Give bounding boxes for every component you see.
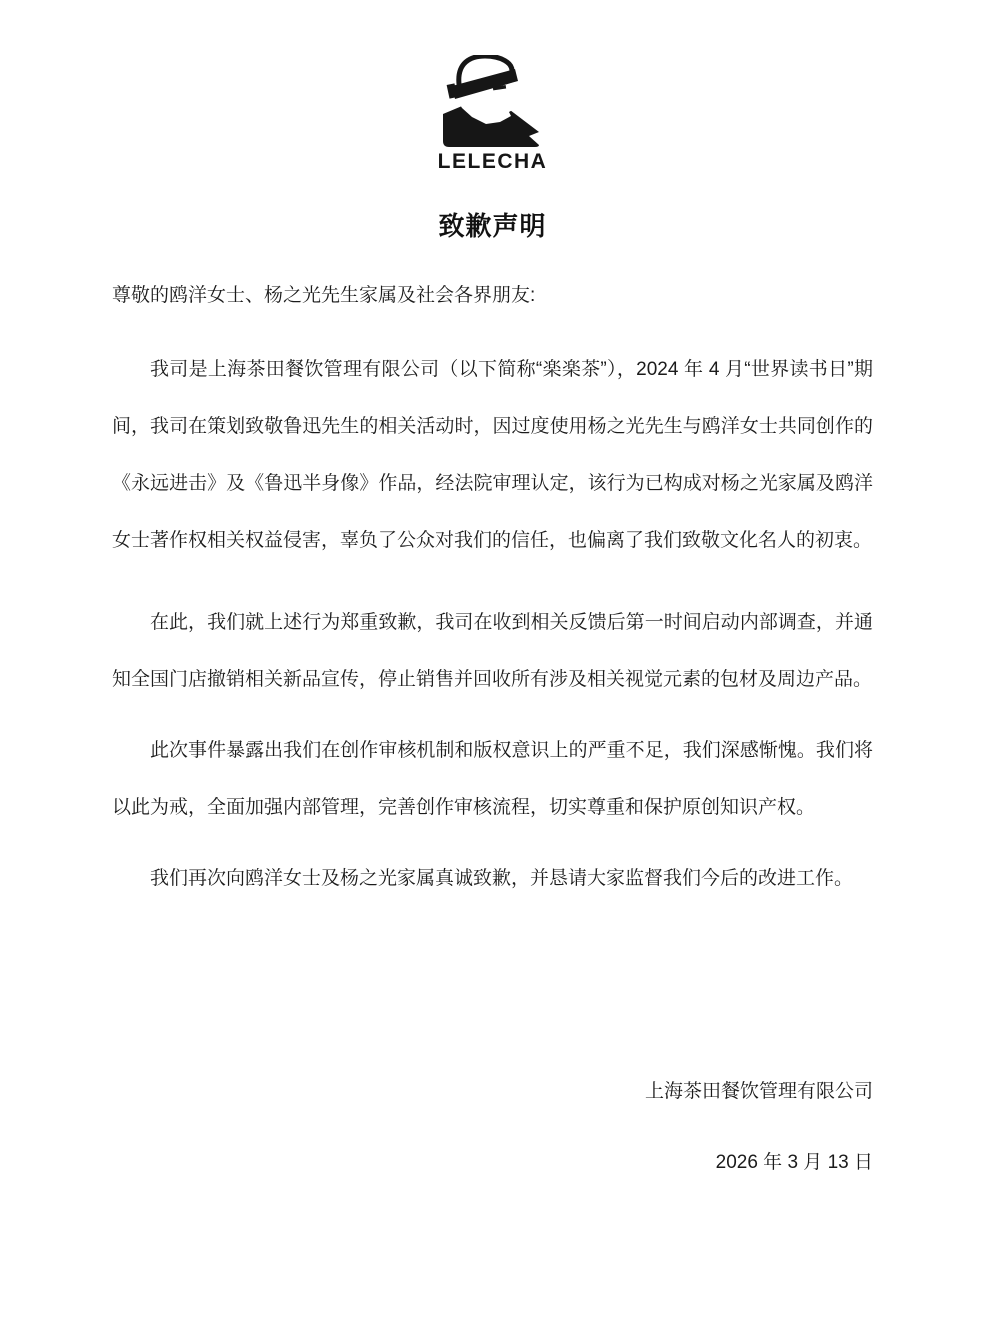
paragraph-4: 我们再次向鸥洋女士及杨之光家属真诚致歉，并恳请大家监督我们今后的改进工作。 — [112, 850, 873, 907]
page-title: 致歉声明 — [112, 213, 873, 239]
signature-date: 2026 年 3 月 13 日 — [112, 1134, 873, 1191]
brand-name: LELECHA — [112, 150, 873, 173]
signature-company: 上海茶田餐饮管理有限公司 — [112, 1063, 873, 1120]
apology-statement-page: LELECHA 致歉声明 尊敬的鸥洋女士、杨之光先生家属及社会各界朋友: 我司是… — [0, 0, 984, 1344]
paragraph-3: 此次事件暴露出我们在创作审核机制和版权意识上的严重不足，我们深感惭愧。我们将以此… — [112, 722, 873, 836]
salutation-line: 尊敬的鸥洋女士、杨之光先生家属及社会各界朋友: — [112, 267, 873, 324]
document-body: LELECHA 致歉声明 尊敬的鸥洋女士、杨之光先生家属及社会各界朋友: 我司是… — [0, 0, 984, 1344]
brand-logo: LELECHA — [112, 0, 873, 173]
lelecha-portrait-icon — [442, 55, 544, 147]
paragraph-2: 在此，我们就上述行为郑重致歉，我司在收到相关反馈后第一时间启动内部调查，并通知全… — [112, 594, 873, 708]
paragraph-1: 我司是上海茶田餐饮管理有限公司（以下简称“楽楽茶”），2024 年 4 月“世界… — [112, 341, 873, 569]
signature-block: 上海茶田餐饮管理有限公司 2026 年 3 月 13 日 — [112, 1063, 873, 1191]
